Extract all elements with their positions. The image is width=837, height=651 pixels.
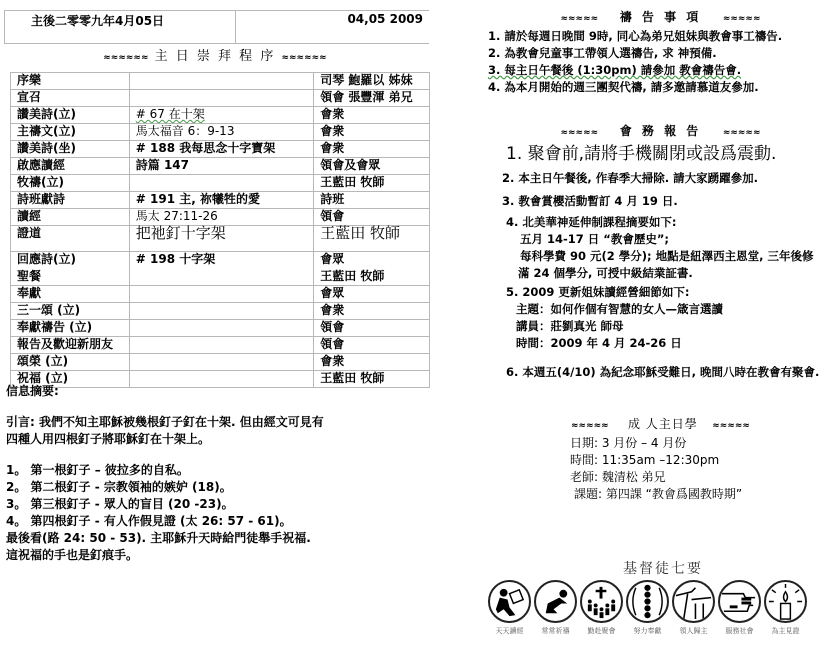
program-item: 聖餐 xyxy=(11,269,130,286)
report-item-4-line: 每科學費 90 元(2 學分); 地點是紐澤西主恩堂, 三年後修 xyxy=(488,248,833,265)
program-leader: 會衆 xyxy=(314,124,430,141)
report-item-4-line: 五月 14-17 日 “教會歷史”; xyxy=(488,231,833,248)
offering-icon xyxy=(626,580,669,623)
program-item: 啟應讀經 xyxy=(11,158,130,175)
caption: 服務社會 xyxy=(718,626,761,636)
program-content xyxy=(129,269,313,286)
ornament-right: ≈≈≈≈≈≈ xyxy=(281,53,326,63)
program-content: 馬太福音 6：9-13 xyxy=(129,124,313,141)
prayer-title: 禱 告 事 項 xyxy=(620,10,702,24)
program-item: 奉獻 xyxy=(11,286,130,303)
program-leader: 會衆 xyxy=(314,354,430,371)
program-leader: 司琴 鮑羅以 姊妹 xyxy=(314,73,430,90)
adult-sunday-school: ≈≈≈≈≈ 成 人主日學 ≈≈≈≈≈ 日期: 3 月份 – 4 月份 時間: 1… xyxy=(488,416,833,503)
program-row: 奉獻禱告 (立)領會 xyxy=(11,320,430,337)
ornament-left: ≈≈≈≈≈≈ xyxy=(103,53,148,63)
program-leader: 領會 張豐渾 弟兄 xyxy=(314,90,430,107)
gathering-icon xyxy=(580,580,623,623)
program-row: 聖餐王藍田 牧師 xyxy=(11,269,430,286)
program-item: 宣召 xyxy=(11,90,130,107)
program-content: 馬太 27:11-26 xyxy=(129,209,313,226)
program-item: 報告及歡迎新朋友 xyxy=(11,337,130,354)
serving-icon xyxy=(718,580,761,623)
caption: 為主見證 xyxy=(764,626,807,636)
evangelism-icon xyxy=(672,580,715,623)
program-leader: 領會 xyxy=(314,209,430,226)
program-leader: 領會及會眾 xyxy=(314,158,430,175)
report-item-5-title: 5. 2009 更新姐妹讀經營細節如下: xyxy=(488,284,833,301)
caption: 勤赴聚會 xyxy=(580,626,623,636)
program-row: 主禱文(立)馬太福音 6：9-13會衆 xyxy=(11,124,430,141)
program-row: 證道 把祂釘十字架王藍田 牧師 xyxy=(11,226,430,252)
ss-teacher: 老師: 魏清松 弟兄 xyxy=(488,469,833,486)
report-item-3: 3. 教會賞櫻活動暫訂 4 月 19 日. xyxy=(488,193,833,210)
ss-title: 成 人主日學 xyxy=(628,417,698,431)
bulletin-header: 主後二零零九年4月05日 04,05 2009 xyxy=(4,10,429,44)
program-content xyxy=(129,73,313,90)
program-content xyxy=(129,175,313,192)
praying-icon xyxy=(534,580,577,623)
prayer-items-section: ≈≈≈≈≈ 禱 告 事 項 ≈≈≈≈≈ 1. 請於每週日晚間 9時, 同心為弟兄… xyxy=(488,9,833,96)
program-title: 主 日 崇 拜 程 序 xyxy=(155,49,276,64)
report-title: 會 務 報 告 xyxy=(620,124,702,138)
program-item: 主禱文(立) xyxy=(11,124,130,141)
caption: 常常祈禱 xyxy=(534,626,577,636)
program-content xyxy=(129,90,313,107)
report-item-4-line: 滿 24 個學分, 可授中級結業証書. xyxy=(488,265,833,282)
program-item: 回應詩(立) xyxy=(11,252,130,269)
program-leader: 王藍田 牧師 xyxy=(314,226,430,252)
program-content xyxy=(129,303,313,320)
summary-closing-1: 最後看(路 24: 50 - 53). 主耶穌升天時給門徒舉手祝福. xyxy=(6,530,431,547)
program-content: 詩篇 147 xyxy=(129,158,313,175)
date-chinese: 主後二零零九年4月05日 xyxy=(5,11,236,43)
ss-title-line: ≈≈≈≈≈ 成 人主日學 ≈≈≈≈≈ xyxy=(488,416,833,435)
program-item: 讚美詩(坐) xyxy=(11,141,130,158)
program-item: 證道 xyxy=(11,226,130,252)
program-content: 把祂釘十字架 xyxy=(129,226,313,252)
summary-intro-2: 四種人用四根釘子將耶穌釘在十架上。 xyxy=(6,431,431,448)
program-item: 序樂 xyxy=(11,73,130,90)
prayer-title-line: ≈≈≈≈≈ 禱 告 事 項 ≈≈≈≈≈ xyxy=(488,9,833,28)
ss-date: 日期: 3 月份 – 4 月份 xyxy=(488,435,833,452)
program-leader: 王藍田 牧師 xyxy=(314,175,430,192)
ss-topic: 課題: 第四課 “教會爲國教時期” xyxy=(488,486,833,503)
program-leader: 會衆 xyxy=(314,141,430,158)
program-item: 頌榮 (立) xyxy=(11,354,130,371)
program-item: 讀經 xyxy=(11,209,130,226)
program-row: 宣召領會 張豐渾 弟兄 xyxy=(11,90,430,107)
caption: 領人歸主 xyxy=(672,626,715,636)
program-leader: 王藍田 牧師 xyxy=(314,269,430,286)
program-row: 三一頌 (立)會衆 xyxy=(11,303,430,320)
program-row: 啟應讀經詩篇 147領會及會眾 xyxy=(11,158,430,175)
program-content xyxy=(129,320,313,337)
report-title-line: ≈≈≈≈≈ 會 務 報 告 ≈≈≈≈≈ xyxy=(488,123,833,142)
report-item-6: 6. 本週五(4/10) 為紀念耶穌受難日, 晚間八時在教會有聚會. xyxy=(488,364,833,381)
program-row: 報告及歡迎新朋友領會 xyxy=(11,337,430,354)
program-leader: 詩班 xyxy=(314,192,430,209)
summary-intro-1: 引言: 我們不知主耶穌被幾根釘子釘在十架. 但由經文可見有 xyxy=(6,414,431,431)
report-item-5-line: 講員：莊劉真光 師母 xyxy=(488,318,833,335)
program-content xyxy=(129,286,313,303)
report-item-4-title: 4. 北美華神延伸制課程摘要如下: xyxy=(488,214,833,231)
summary-point: 3。 第三根釘子 - 眾人的盲目 (20 -23)。 xyxy=(6,496,431,513)
program-row: 序樂司琴 鮑羅以 姊妹 xyxy=(11,73,430,90)
program-row: 讀經 馬太 27:11-26領會 xyxy=(11,209,430,226)
program-content: # 191 主, 祢犧牲的愛 xyxy=(129,192,313,209)
program-row: 牧禱(立) 王藍田 牧師 xyxy=(11,175,430,192)
program-row: 讚美詩(立)# 67 在十架會衆 xyxy=(11,107,430,124)
program-row: 讚美詩(坐)# 188 我每思念十字寶架會衆 xyxy=(11,141,430,158)
program-leader: 領會 xyxy=(314,337,430,354)
worship-program-table: 序樂司琴 鮑羅以 姊妹宣召領會 張豐渾 弟兄讚美詩(立)# 67 在十架會衆主禱… xyxy=(10,72,430,388)
prayer-item: 2. 為教會兒童事工帶領人選禱告, 求 神預備. xyxy=(488,45,833,62)
reading-bible-icon xyxy=(488,580,531,623)
program-leader: 會眾 xyxy=(314,286,430,303)
report-item-5-line: 時間：2009 年 4 月 24-26 日 xyxy=(488,335,833,352)
summary-point: 1。 第一根釘子 – 彼拉多的自私。 xyxy=(6,462,431,479)
program-leader: 領會 xyxy=(314,320,430,337)
program-item: 奉獻禱告 (立) xyxy=(11,320,130,337)
program-content xyxy=(129,354,313,371)
program-item: 讚美詩(立) xyxy=(11,107,130,124)
program-item: 三一頌 (立) xyxy=(11,303,130,320)
prayer-item: 4. 為本月開始的週三團契代禱, 請多邀請慕道友參加. xyxy=(488,79,833,96)
summary-heading: 信息摘要: xyxy=(6,383,431,400)
program-content: # 198 十字架 xyxy=(129,252,313,269)
caption: 天天讀經 xyxy=(488,626,531,636)
summary-closing-2: 這祝福的手也是釘痕手。 xyxy=(6,547,431,564)
caption: 努力奉獻 xyxy=(626,626,669,636)
program-content xyxy=(129,337,313,354)
report-item-5-line: 主題：如何作個有智慧的女人—箴言選讀 xyxy=(488,301,833,318)
report-item-2: 2. 本主日午餐後, 作春季大掃除. 請大家踴躍參加. xyxy=(488,170,833,187)
seven-captions: 天天讀經 常常祈禱 勤赴聚會 努力奉獻 領人歸主 服務社會 為主見證 xyxy=(488,626,808,636)
prayer-item: 3. 每主日午餐後 (1:30pm) 請參加 教會禱告會. xyxy=(488,62,833,79)
date-numeric: 04,05 2009 xyxy=(236,11,429,43)
program-item: 詩班獻詩 xyxy=(11,192,130,209)
program-leader: 會衆 xyxy=(314,303,430,320)
program-row: 奉獻會眾 xyxy=(11,286,430,303)
seven-essentials: 基督徒七要 天天讀經 常常祈禱 勤赴聚會 努力奉獻 領人歸主 服務社會 為主見證 xyxy=(488,558,808,636)
program-row: 回應詩(立) # 198 十字架會眾 xyxy=(11,252,430,269)
seven-icons-row xyxy=(488,580,808,623)
prayer-item: 1. 請於每週日晚間 9時, 同心為弟兄姐妹與教會事工禱告. xyxy=(488,28,833,45)
program-leader: 會眾 xyxy=(314,252,430,269)
program-title-line: ≈≈≈≈≈≈ 主 日 崇 拜 程 序 ≈≈≈≈≈≈ xyxy=(0,45,430,64)
program-leader: 會衆 xyxy=(314,107,430,124)
program-row: 詩班獻詩# 191 主, 祢犧牲的愛詩班 xyxy=(11,192,430,209)
program-row: 頌榮 (立)會衆 xyxy=(11,354,430,371)
summary-point: 2。 第二根釘子 - 宗教領袖的嫉妒 (18)。 xyxy=(6,479,431,496)
candle-witness-icon xyxy=(764,580,807,623)
ss-time: 時間: 11:35am –12:30pm xyxy=(488,452,833,469)
summary-point: 4。 第四根釘子 - 有人作假見證 (太 26: 57 - 61)。 xyxy=(6,513,431,530)
program-content: # 67 在十架 xyxy=(129,107,313,124)
program-item: 牧禱(立) xyxy=(11,175,130,192)
program-content: # 188 我每思念十字寶架 xyxy=(129,141,313,158)
seven-title: 基督徒七要 xyxy=(518,558,808,578)
church-report-section: ≈≈≈≈≈ 會 務 報 告 ≈≈≈≈≈ 1. 聚會前,請將手機關閉或設爲震動. … xyxy=(488,123,833,381)
sermon-summary: 信息摘要: 引言: 我們不知主耶穌被幾根釘子釘在十架. 但由經文可見有 四種人用… xyxy=(6,383,431,564)
report-item-1: 1. 聚會前,請將手機關閉或設爲震動. xyxy=(488,142,833,166)
